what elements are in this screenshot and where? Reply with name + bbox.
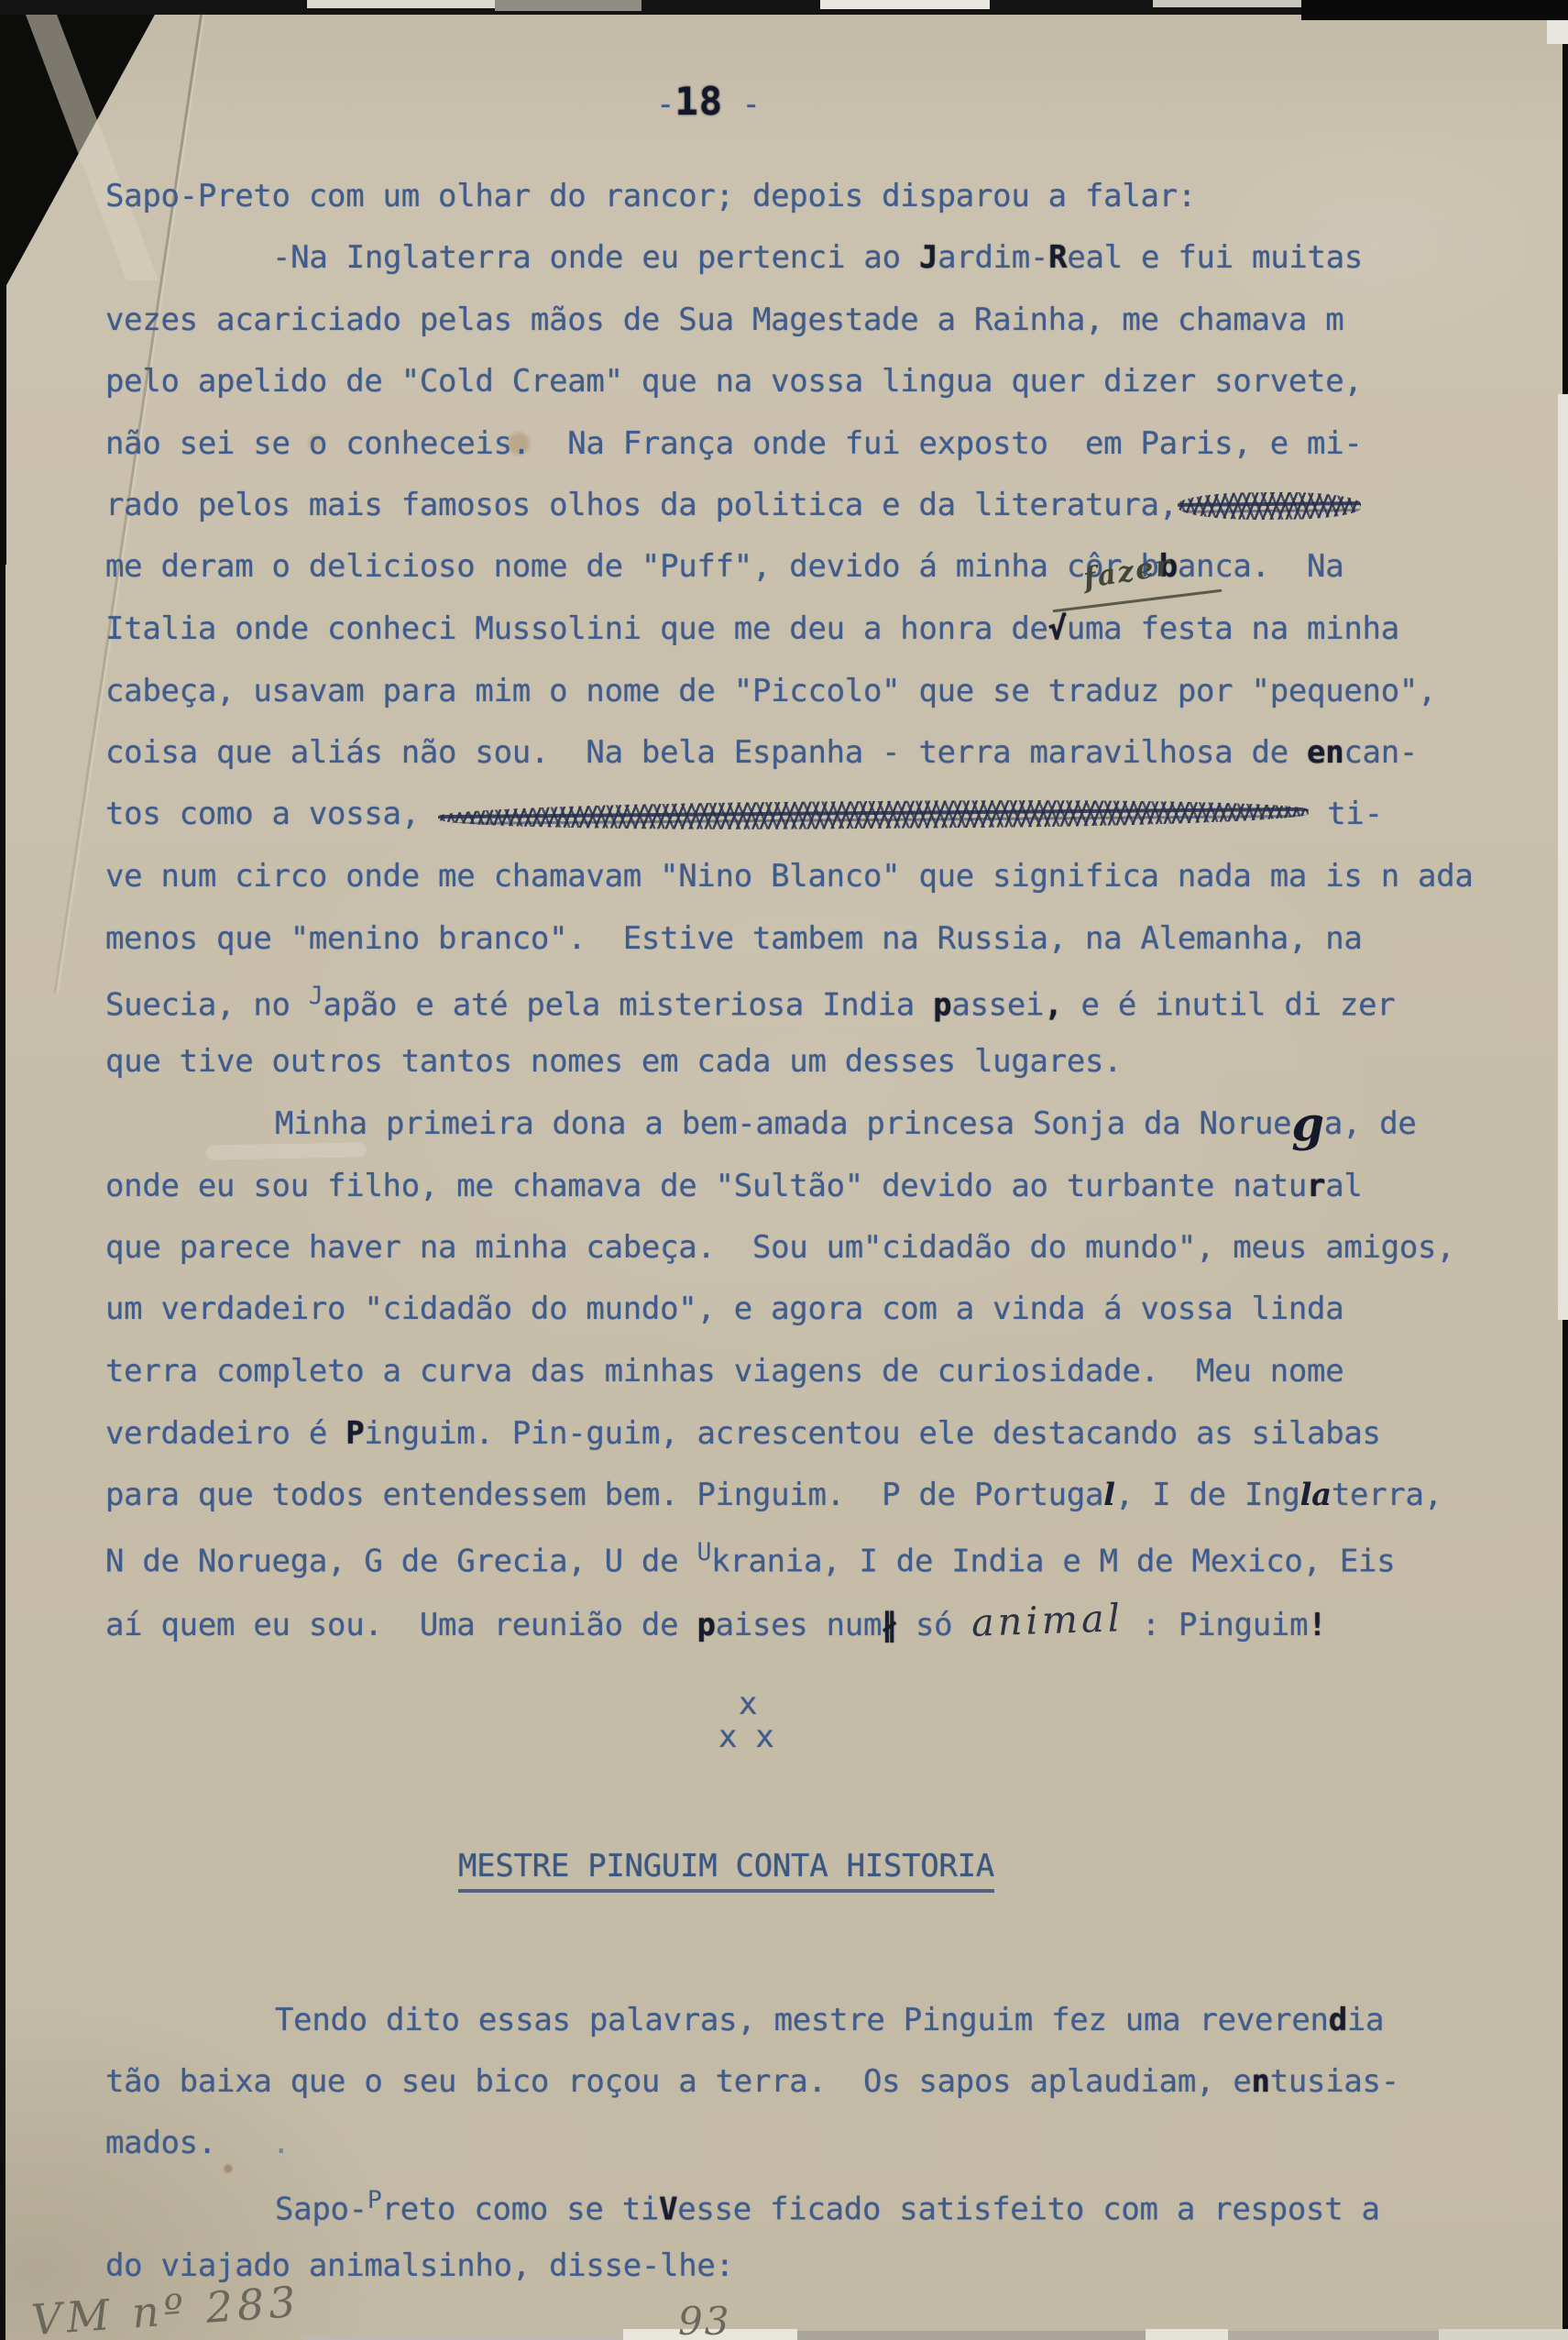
typed-text: ti- — [1309, 796, 1383, 832]
typed-text: verdadeiro é — [105, 1415, 345, 1452]
typed-text: Sapo- — [275, 2191, 367, 2227]
typed-line: -Na Inglaterra onde eu pertenci ao Jardi… — [272, 242, 1363, 273]
scan-bottom-edge-segment — [1439, 2329, 1568, 2340]
typed-text: Sapo-Preto com um olhar do rancor; depoi… — [105, 178, 1196, 214]
typed-line: terra completo a curva das minhas viagen… — [105, 1356, 1343, 1387]
scan-bottom-edge-segment — [302, 2335, 623, 2340]
page-number-dash: - — [723, 86, 761, 123]
typed-text: apão e até pela misteriosa India — [323, 986, 934, 1023]
typed-text: . — [216, 2125, 291, 2161]
typed-text: e é inutil di zer — [1062, 986, 1395, 1023]
handwritten-correction: d — [1329, 2002, 1347, 2038]
typed-text: P — [367, 2186, 382, 2214]
typed-text: J — [309, 982, 323, 1010]
typed-line: tos como a vossa, ti- — [105, 798, 1383, 829]
pencil-page-number: 93 — [678, 2299, 730, 2340]
scan-top-edge-segment — [1301, 0, 1568, 20]
page-number: -18 - — [656, 79, 761, 124]
typed-text: Tendo dito essas palavras, mestre Pingui… — [275, 2002, 1329, 2038]
handwritten-word: animal — [970, 1598, 1124, 1642]
typed-line: Italia onde conheci Mussolini que me deu… — [105, 613, 1399, 644]
typed-text: que parece haver na minha cabeça. Sou um… — [105, 1229, 1454, 1266]
handwritten-correction: ∦ — [882, 1607, 897, 1643]
typed-text: cabeça, usavam para mim o nome de "Picco… — [105, 673, 1436, 709]
typed-line: Minha primeira dona a bem-amada princesa… — [275, 1108, 1417, 1139]
handwritten-correction: V — [659, 2191, 677, 2227]
typed-text: me deram o delicioso nome de "Puff", dev… — [105, 548, 1159, 585]
separator-mark: x — [739, 1688, 757, 1719]
typed-text: , I de Ing — [1115, 1477, 1300, 1513]
typed-text: Suecia, no — [105, 986, 309, 1023]
handwritten-correction: J — [919, 239, 938, 276]
typed-line: onde eu sou filho, me chamava de "Sultão… — [105, 1170, 1363, 1202]
typed-text: vezes acariciado pelas mãos de Sua Mages… — [105, 302, 1343, 338]
handwritten-correction: √ — [1048, 610, 1067, 647]
typed-text: um verdadeiro "cidadão do mundo", e agor… — [105, 1291, 1343, 1327]
separator-mark: x x — [718, 1721, 774, 1752]
handwritten-correction: l — [1103, 1477, 1115, 1513]
typed-text: krania, I de India e M de Mexico, Eis — [711, 1543, 1395, 1579]
typed-text: terra completo a curva das minhas viagen… — [105, 1353, 1343, 1390]
typed-text: N de Noruega, G de Grecia, U de — [105, 1543, 696, 1579]
typed-text: Minha primeira dona a bem-amada princesa… — [275, 1105, 1291, 1142]
typed-text: não sei se o conheceis. Na França onde f… — [105, 425, 1363, 462]
typed-text: mados. — [105, 2125, 216, 2161]
page-number-dash: - — [656, 86, 674, 123]
typed-text: terra, — [1332, 1477, 1442, 1513]
typed-line: menos que "menino branco". Estive tambem… — [105, 923, 1363, 954]
typed-line: para que todos entendessem bem. Pinguim.… — [105, 1479, 1442, 1511]
typed-line: tão baixa que o seu bico roçou a terra. … — [105, 2066, 1399, 2097]
typed-text: menos que "menino branco". Estive tambem… — [105, 920, 1363, 957]
typed-text: onde eu sou filho, me chamava de "Sultão… — [105, 1168, 1307, 1204]
typed-text: aises num — [716, 1607, 883, 1643]
typed-text: can- — [1343, 734, 1418, 771]
typed-text: ia — [1347, 2002, 1384, 2038]
typed-text: que tive outros tantos nomes em cada um … — [105, 1043, 1122, 1080]
typed-text: rado pelos mais famosos olhos da politic… — [105, 487, 1178, 523]
handwritten-correction: p — [933, 986, 951, 1023]
scan-bottom-edge-segment — [1146, 2329, 1228, 2340]
scan-right-edge — [1558, 394, 1568, 1320]
typed-text: assei — [951, 986, 1044, 1023]
typed-text: Italia onde conheci Mussolini que me deu… — [105, 610, 1048, 647]
separator-xx: x x — [718, 1719, 774, 1755]
typed-text: inguim. Pin-guim, acrescentou ele destac… — [364, 1415, 1380, 1452]
typed-line: do viajado animalsinho, disse-lhe: — [105, 2250, 734, 2281]
handwritten-correction: R — [1048, 239, 1067, 276]
typed-line: pelo apelido de "Cold Cream" que na voss… — [105, 366, 1363, 397]
typed-line: vezes acariciado pelas mãos de Sua Mages… — [105, 304, 1343, 335]
typed-line: ve num circo onde me chamavam "Nino Blan… — [105, 861, 1474, 892]
typed-text: tusias- — [1270, 2063, 1399, 2100]
handwritten-correction: r — [1307, 1168, 1325, 1204]
section-heading: MESTRE PINGUIM CONTA HISTORIA — [458, 1848, 994, 1893]
typed-text: do viajado animalsinho, disse-lhe: — [105, 2247, 734, 2284]
scan-bottom-edge-segment — [1228, 2331, 1439, 2340]
typed-line: que tive outros tantos nomes em cada um … — [105, 1046, 1122, 1077]
typed-line: que parece haver na minha cabeça. Sou um… — [105, 1232, 1454, 1263]
typed-line: Suecia, no Japão e até pela misteriosa I… — [105, 984, 1395, 1020]
scan-corner-highlight — [1547, 20, 1568, 44]
handwritten-correction: P — [345, 1415, 364, 1452]
typed-text: esse ficado satisfeito com a respost a — [677, 2191, 1379, 2227]
typed-text: ve num circo onde me chamavam "Nino Blan… — [105, 858, 1474, 895]
typed-text: ardim- — [938, 239, 1048, 276]
typed-line: Tendo dito essas palavras, mestre Pingui… — [275, 2005, 1384, 2036]
typed-text: para que todos entendessem bem. Pinguim.… — [105, 1477, 1103, 1513]
typed-line: mados. . — [105, 2127, 291, 2159]
scan-top-edge-segment — [820, 0, 990, 9]
typed-line: não sei se o conheceis. Na França onde f… — [105, 428, 1363, 459]
typed-text: só — [897, 1607, 971, 1643]
typed-text: anca. Na — [1178, 548, 1344, 585]
typed-line: Sapo-Preto como se tiVesse ficado satisf… — [275, 2189, 1380, 2225]
separator-x: x — [739, 1686, 757, 1722]
typed-line: rado pelos mais famosos olhos da politic… — [105, 489, 1361, 521]
handwritten-correction: la — [1300, 1477, 1332, 1513]
typed-line: um verdadeiro "cidadão do mundo", e agor… — [105, 1293, 1343, 1324]
scan-top-edge-segment — [1153, 0, 1304, 7]
typed-line: cabeça, usavam para mim o nome de "Picco… — [105, 676, 1436, 707]
typed-text: tão baixa que o seu bico roçou a terra. … — [105, 2063, 1252, 2100]
scanned-page: -18 - Sapo-Preto com um olhar do rancor;… — [0, 0, 1568, 2340]
typed-text: al — [1325, 1168, 1362, 1204]
typed-text: a, de — [1324, 1105, 1417, 1142]
eraser-smudge — [206, 1142, 367, 1159]
typed-line: verdadeiro é Pinguim. Pin-guim, acrescen… — [105, 1418, 1381, 1449]
scan-top-edge-segment — [307, 0, 495, 8]
handwritten-correction: , — [1044, 986, 1062, 1023]
typed-line: Sapo-Preto com um olhar do rancor; depoi… — [105, 181, 1196, 212]
scan-bottom-edge-segment — [797, 2331, 1146, 2340]
scan-top-edge-segment — [495, 0, 641, 11]
typed-line: N de Noruega, G de Grecia, U de Ukrania,… — [105, 1541, 1395, 1576]
typed-text: coisa que aliás não sou. Na bela Espanha… — [105, 734, 1307, 771]
page-number-value-handwritten: 18 — [674, 79, 723, 124]
typed-line: aí quem eu sou. Uma reunião de paises nu… — [105, 1603, 1326, 1641]
handwritten-correction: p — [696, 1607, 715, 1643]
scan-left-edge — [0, 15, 6, 565]
typed-text: aí quem eu sou. Uma reunião de — [105, 1607, 696, 1643]
typed-text: uma festa na minha — [1067, 610, 1399, 647]
scribbled-out-text — [438, 797, 1309, 832]
typed-text: reto como se ti — [382, 2191, 660, 2227]
typed-line: coisa que aliás não sou. Na bela Espanha… — [105, 737, 1418, 768]
handwritten-correction: en — [1307, 734, 1343, 771]
typed-text: : Pinguim — [1124, 1607, 1309, 1643]
typed-text: pelo apelido de "Cold Cream" que na voss… — [105, 363, 1363, 400]
typed-text: eal e fui muitas — [1067, 239, 1363, 276]
scribbled-out-text — [1178, 491, 1361, 521]
typed-text: tos como a vossa, — [105, 796, 438, 832]
typed-text: -Na Inglaterra onde eu pertenci ao — [272, 239, 919, 276]
typed-text: U — [696, 1538, 711, 1566]
handwritten-correction: ! — [1308, 1607, 1326, 1643]
handwritten-correction: n — [1252, 2063, 1270, 2100]
